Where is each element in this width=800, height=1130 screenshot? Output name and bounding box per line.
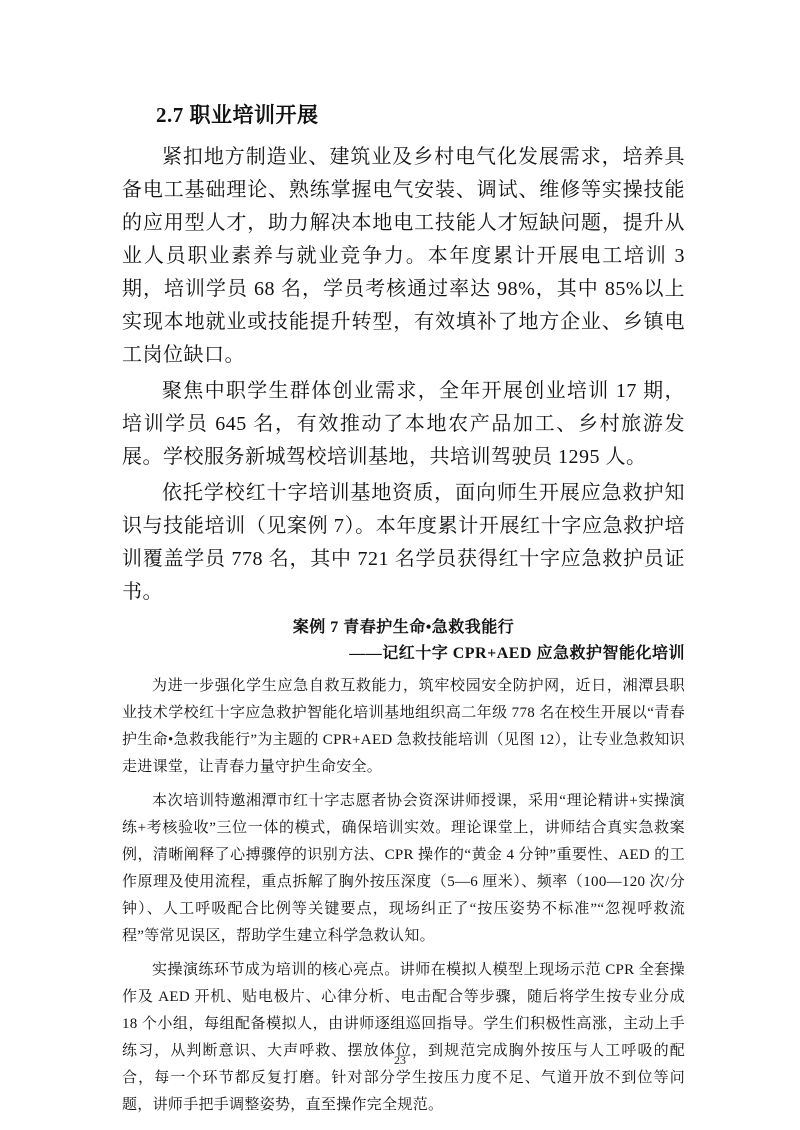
- body-paragraph-3: 依托学校红十字培训基地资质，面向师生开展应急救护知识与技能培训（见案例 7）。本…: [122, 477, 685, 609]
- case-paragraph-2: 本次培训特邀湘潭市红十字志愿者协会资深讲师授课，采用“理论精讲+实操演练+考核验…: [122, 788, 685, 950]
- case-paragraph-1: 为进一步强化学生应急自救互救能力，筑牢校园安全防护网，近日，湘潭县职业技术学校红…: [122, 673, 685, 781]
- document-page: 2.7 职业培训开展 紧扣地方制造业、建筑业及乡村电气化发展需求，培养具备电工基…: [0, 0, 800, 1130]
- section-heading: 2.7 职业培训开展: [156, 103, 685, 127]
- body-paragraph-1: 紧扣地方制造业、建筑业及乡村电气化发展需求，培养具备电工基础理论、熟练掌握电气安…: [122, 141, 685, 372]
- case-title: 案例 7 青春护生命•急救我能行: [122, 615, 685, 641]
- case-subtitle: ——记红十字 CPR+AED 应急救护智能化培训: [122, 641, 685, 667]
- case-paragraph-3: 实操演练环节成为培训的核心亮点。讲师在模拟人模型上现场示范 CPR 全套操作及 …: [122, 957, 685, 1119]
- page-number: 23: [0, 1053, 800, 1068]
- body-paragraph-2: 聚焦中职学生群体创业需求，全年开展创业培训 17 期，培训学员 645 名，有效…: [122, 375, 685, 474]
